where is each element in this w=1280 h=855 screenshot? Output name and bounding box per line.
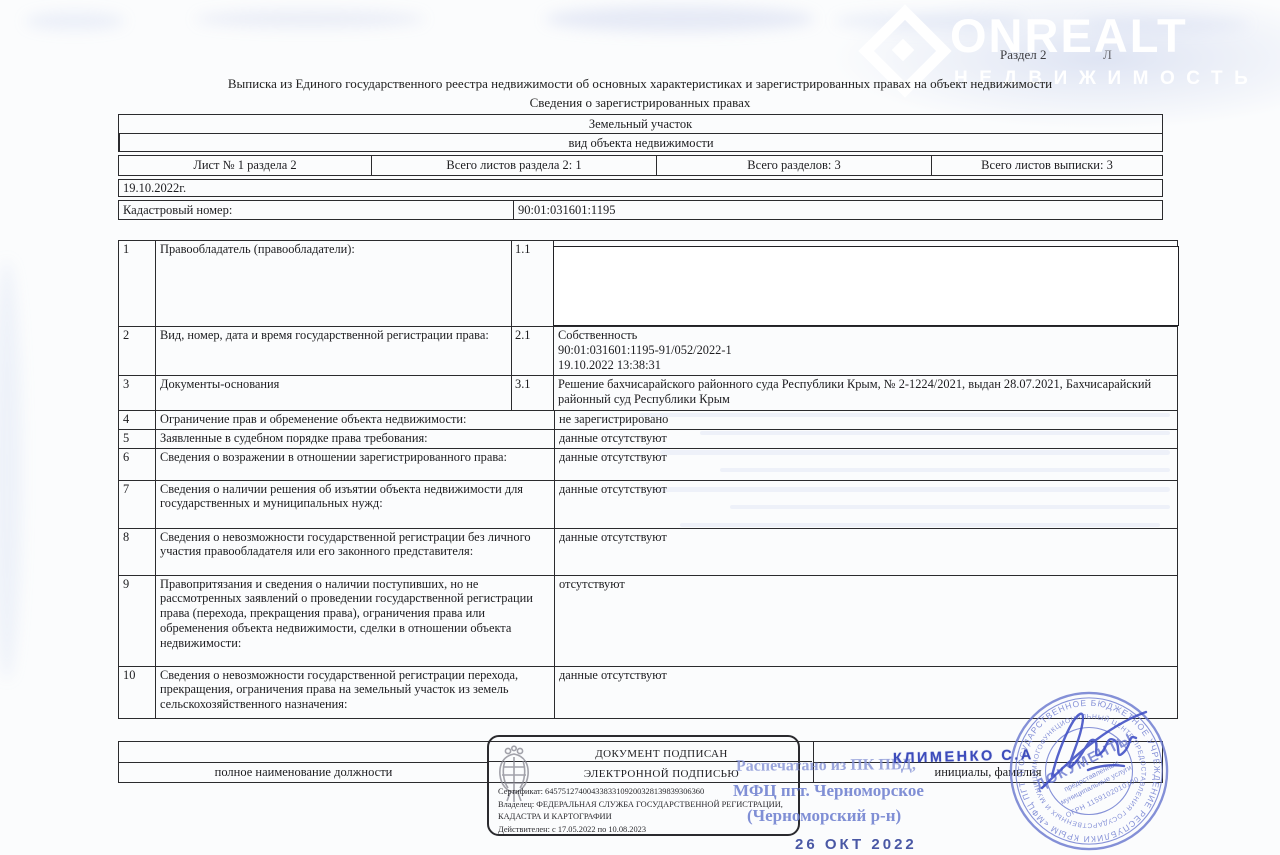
row-value: данные отсутствуют (554, 430, 1177, 448)
scan-artifact (0, 260, 22, 680)
row-number: 9 (119, 576, 155, 666)
scan-artifact (195, 10, 425, 28)
row-label: Сведения о наличии решения об изъятии об… (155, 481, 554, 528)
scan-artifact (25, 12, 125, 30)
sheet-cell: Всего листов раздела 2: 1 (371, 156, 656, 175)
object-type-caption: вид объекта недвижимости (119, 133, 1162, 151)
row-value: отсутствуют (554, 576, 1177, 666)
position-label: полное наименование должности (119, 762, 488, 784)
date-row: 19.10.2022г. (118, 179, 1163, 197)
scan-artifact (545, 6, 815, 32)
section-label: Раздел 2 (1000, 47, 1047, 63)
row-value: данные отсутствуют (554, 481, 1177, 528)
row-number: 10 (119, 667, 155, 718)
row-number: 5 (119, 430, 155, 448)
row-number: 7 (119, 481, 155, 528)
row-label: Ограничение прав и обременение объекта н… (155, 411, 554, 429)
cadastral-value: 90:01:031601:1195 (513, 201, 1162, 219)
row-label: Сведения о возражении в отношении зареги… (155, 449, 554, 480)
table-row: 2Вид, номер, дата и время государственно… (119, 326, 1177, 375)
table-row: 6Сведения о возражении в отношении зарег… (119, 448, 1177, 480)
document-title: Выписка из Единого государственного реес… (60, 76, 1220, 92)
rights-table: 1Правообладатель (правообладатели):1.12В… (118, 240, 1178, 719)
row-number: 4 (119, 411, 155, 429)
row-number: 6 (119, 449, 155, 480)
print-note-line2: МФЦ пгт. Черноморское (733, 781, 924, 801)
row-label: Правопритязания и сведения о наличии пос… (155, 576, 554, 666)
redaction-box (553, 246, 1179, 326)
row-number: 2 (119, 327, 155, 375)
object-type-value: Земельный участок (119, 115, 1162, 133)
row-value: Собственность 90:01:031601:1195-91/052/2… (553, 327, 1177, 375)
object-type-table: Земельный участок вид объекта недвижимос… (118, 114, 1163, 152)
extract-date: 19.10.2022г. (119, 180, 1162, 197)
table-row: 5Заявленные в судебном порядке права тре… (119, 429, 1177, 448)
row-value (553, 241, 1177, 326)
sheets-table: Лист № 1 раздела 2 Всего листов раздела … (118, 155, 1163, 176)
table-row: 3Документы-основания3.1Решение бахчисара… (119, 375, 1177, 410)
date-stamp: 26 ОКТ 2022 (795, 836, 917, 853)
table-row: 1Правообладатель (правообладатели):1.1 (119, 241, 1177, 326)
row-number: 1 (119, 241, 155, 326)
pen-signature (1028, 692, 1158, 802)
cadastral-label: Кадастровый номер: (119, 201, 513, 219)
sheet-cell: Лист № 1 раздела 2 (119, 156, 371, 175)
row-value: Решение бахчисарайского районного суда Р… (553, 376, 1177, 410)
table-row: 7Сведения о наличии решения об изъятии о… (119, 480, 1177, 528)
sheet-cell: Всего листов выписки: 3 (931, 156, 1162, 175)
cadastral-row: Кадастровый номер: 90:01:031601:1195 (118, 200, 1163, 220)
print-note-line1: Распечатано из ПК ПВД, (736, 756, 916, 776)
row-label: Сведения о невозможности государственной… (155, 667, 554, 718)
table-row: 4Ограничение прав и обременение объекта … (119, 410, 1177, 429)
scanned-document-page: ONREALT НЕДВИЖИМОСТЬ Раздел 2 Л Выписка … (0, 0, 1280, 855)
row-value: данные отсутствуют (554, 449, 1177, 480)
row-number: 8 (119, 529, 155, 575)
sheet-cell: Всего разделов: 3 (656, 156, 931, 175)
print-note-line3: (Черноморский р-н) (747, 806, 901, 826)
watermark-brand: ONREALT (950, 8, 1188, 63)
table-row: 8Сведения о невозможности государственно… (119, 528, 1177, 575)
row-sub-number: 1.1 (511, 241, 553, 326)
row-label: Заявленные в судебном порядке права треб… (155, 430, 554, 448)
row-number: 3 (119, 376, 155, 410)
document-subtitle: Сведения о зарегистрированных правах (60, 95, 1220, 111)
row-label: Правообладатель (правообладатели): (155, 241, 511, 326)
row-sub-number: 2.1 (511, 327, 553, 375)
row-label: Вид, номер, дата и время государственной… (155, 327, 511, 375)
section-label-sheet: Л (1103, 47, 1112, 63)
row-value: данные отсутствуют (554, 529, 1177, 575)
row-label: Документы-основания (155, 376, 511, 410)
row-label: Сведения о невозможности государственной… (155, 529, 554, 575)
table-row: 9Правопритязания и сведения о наличии по… (119, 575, 1177, 666)
row-value: не зарегистрировано (554, 411, 1177, 429)
row-sub-number: 3.1 (511, 376, 553, 410)
